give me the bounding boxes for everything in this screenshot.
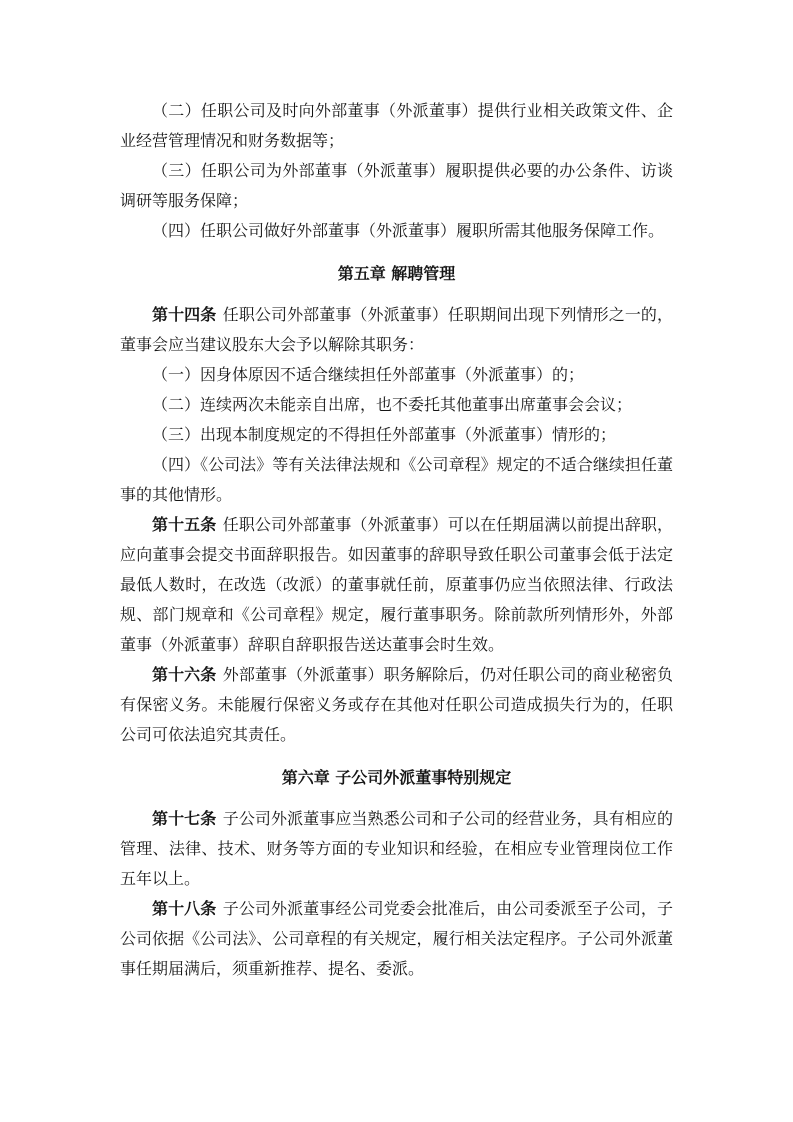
article-16-number: 第十六条 [152, 665, 216, 684]
article-18-number: 第十八条 [152, 899, 216, 918]
chapter-6-heading: 第六章 子公司外派董事特别规定 [120, 763, 673, 793]
dismissal-item-2-absence: （二）连续两次未能亲自出席，也不委托其他董事出席董事会会议； [120, 390, 673, 420]
article-18-paragraph: 第十八条子公司外派董事经公司党委会批准后，由公司委派至子公司，子公司依据《公司法… [120, 894, 673, 984]
clause-text: （二）连续两次未能亲自出席，也不委托其他董事出席董事会会议； [152, 395, 632, 414]
clause-text: （二）任职公司及时向外部董事（外派董事）提供行业相关政策文件、企业经营管理情况和… [120, 101, 673, 150]
clause-text: （四）任职公司做好外部董事（外派董事）履职所需其他服务保障工作。 [152, 221, 664, 240]
article-17-number: 第十七条 [152, 809, 216, 828]
clause-text: （一）因身体原因不适合继续担任外部董事（外派董事）的； [152, 365, 584, 384]
article-15-number: 第十五条 [152, 515, 216, 534]
clause-text: （三）出现本制度规定的不得担任外部董事（外派董事）情形的； [152, 425, 616, 444]
dismissal-item-4-company-law: （四）《公司法》等有关法律法规和《公司章程》规定的不适合继续担任董事的其他情形。 [120, 450, 673, 510]
clause-other-service-support: （四）任职公司做好外部董事（外派董事）履职所需其他服务保障工作。 [120, 216, 673, 246]
article-15-paragraph: 第十五条任职公司外部董事（外派董事）可以在任期届满以前提出辞职，应向董事会提交书… [120, 510, 673, 660]
article-17-paragraph: 第十七条子公司外派董事应当熟悉公司和子公司的经营业务，具有相应的管理、法律、技术… [120, 804, 673, 894]
article-14-number: 第十四条 [152, 305, 216, 324]
dismissal-item-1-health: （一）因身体原因不适合继续担任外部董事（外派董事）的； [120, 360, 673, 390]
clause-text: （四）《公司法》等有关法律法规和《公司章程》规定的不适合继续担任董事的其他情形。 [120, 455, 673, 504]
article-16-paragraph: 第十六条外部董事（外派董事）职务解除后，仍对任职公司的商业秘密负有保密义务。未能… [120, 660, 673, 750]
dismissal-item-3-prohibited: （三）出现本制度规定的不得担任外部董事（外派董事）情形的； [120, 420, 673, 450]
chapter-5-heading: 第五章 解聘管理 [120, 259, 673, 289]
clause-provide-policy-documents: （二）任职公司及时向外部董事（外派董事）提供行业相关政策文件、企业经营管理情况和… [120, 96, 673, 156]
clause-office-conditions: （三）任职公司为外部董事（外派董事）履职提供必要的办公条件、访谈调研等服务保障； [120, 156, 673, 216]
article-text: 任职公司外部董事（外派董事）可以在任期届满以前提出辞职，应向董事会提交书面辞职报… [120, 515, 673, 654]
document-page: （二）任职公司及时向外部董事（外派董事）提供行业相关政策文件、企业经营管理情况和… [0, 0, 793, 1122]
article-14-paragraph: 第十四条任职公司外部董事（外派董事）任职期间出现下列情形之一的，董事会应当建议股… [120, 300, 673, 360]
clause-text: （三）任职公司为外部董事（外派董事）履职提供必要的办公条件、访谈调研等服务保障； [120, 161, 673, 210]
